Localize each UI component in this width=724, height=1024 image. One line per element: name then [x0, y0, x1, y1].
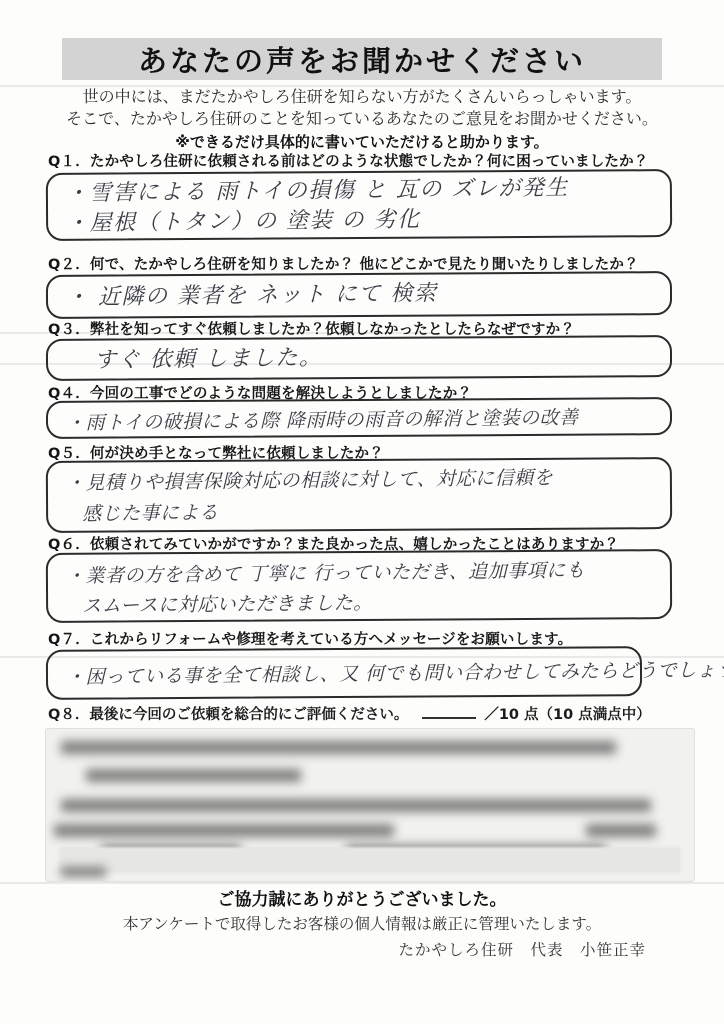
question-8-label: Q８．最後に今回のご依頼を総合的にご評価ください。	[48, 707, 408, 723]
redacted-line	[61, 799, 651, 812]
handwritten-answer: スムースに対応いただきました。	[82, 585, 664, 622]
redacted-line	[86, 769, 301, 782]
redacted-personal-info-block	[45, 728, 695, 882]
intro-line-2: そこで、たかやしろ住研のことを知っているあなたのご意見をお聞かせください。	[0, 108, 724, 129]
scanned-survey-page: あなたの声をお聞かせください 世の中には、まだたかやしろ住研を知らない方がたくさ…	[0, 0, 724, 1024]
form-title-bar: あなたの声をお聞かせください	[62, 38, 662, 80]
answer-box-1: ・雪害による 雨トイの損傷 と 瓦の ズレが発生 ・屋根（トタン）の 塗装 の …	[46, 169, 672, 241]
scan-artifact-line	[0, 882, 724, 884]
intro-note: ※できるだけ具体的に書いていただけると助かります。	[0, 131, 724, 152]
answer-box-2: ・ 近隣の 業者を ネット にて 検索	[46, 271, 672, 319]
form-title: あなたの声をお聞かせください	[138, 39, 586, 80]
intro-text: 世の中には、まだたかやしろ住研を知らない方がたくさんいらっしゃいます。 そこで、…	[0, 86, 724, 152]
intro-line-1: 世の中には、まだたかやしろ住研を知らない方がたくさんいらっしゃいます。	[0, 86, 724, 107]
redacted-strip	[59, 847, 681, 873]
handwritten-answer: ・雨トイの破損による際 降雨時の雨音の解消と塗装の改善	[66, 402, 664, 439]
score-suffix: ／10 点（10 点満点中）	[484, 707, 650, 723]
answer-box-4: ・雨トイの破損による際 降雨時の雨音の解消と塗装の改善	[46, 397, 672, 439]
handwritten-answer: すぐ 依頼 しました。	[94, 340, 664, 376]
thanks-message: ご協力誠にありがとうございました。	[0, 885, 724, 910]
company-signature: たかやしろ住研 代表 小笹正幸	[398, 938, 646, 960]
redacted-line	[61, 867, 106, 877]
redacted-line	[54, 824, 394, 837]
question-8-row: Q８．最後に今回のご依頼を総合的にご評価ください。／10 点（10 点満点中）	[48, 703, 708, 724]
answer-box-7: ・困っている事を全て相談し、又 何でも問い合わせしてみたらどうでしょうか	[46, 646, 642, 700]
privacy-notice: 本アンケートで取得したお客様の個人情報は厳正に管理いたします。	[0, 912, 724, 934]
handwritten-answer: 感じた事による	[82, 493, 664, 530]
question-1-label: Q１．たかやしろ住研に依頼される前はどのような状態でしたか？何に困っていましたか…	[48, 150, 688, 171]
answer-box-6: ・業者の方を含めて 丁寧に 行っていただき、追加事項にも スムースに対応いただき…	[46, 549, 672, 623]
redacted-line	[586, 824, 656, 837]
handwritten-answer: ・屋根（トタン）の 塗装 の 劣化	[66, 203, 664, 240]
score-blank-field	[422, 703, 476, 719]
handwritten-answer: ・困っている事を全て相談し、又 何でも問い合わせしてみたらどうでしょうか	[66, 655, 720, 692]
redacted-line	[61, 741, 616, 754]
answer-box-3: すぐ 依頼 しました。	[46, 335, 672, 381]
handwritten-answer: ・ 近隣の 業者を ネット にて 検索	[66, 277, 664, 314]
answer-box-5: ・見積りや損害保険対応の相談に対して、対応に信頼を 感じた事による	[46, 457, 672, 533]
